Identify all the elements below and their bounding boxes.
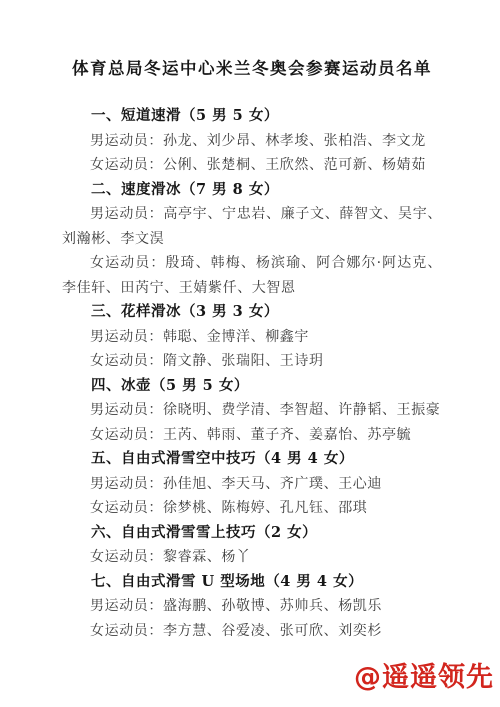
athlete-line-men: 男运动员：孙龙、刘少昂、林孝埈、张柏浩、李文龙 — [62, 129, 442, 154]
athlete-line-women: 女运动员：徐梦桃、陈梅婷、孔凡钰、邵琪 — [62, 496, 442, 521]
section-heading: 四、冰壶（5 男 5 女） — [62, 374, 442, 399]
athlete-line-women: 女运动员：殷琦、韩梅、杨滨瑜、阿合娜尔·阿达克、李佳轩、田芮宁、王婧紫仟、大智恩 — [62, 251, 442, 300]
section-heading: 七、自由式滑雪 U 型场地（4 男 4 女） — [62, 570, 442, 595]
athlete-line-women: 女运动员：公俐、张楚桐、王欣然、范可新、杨婧茹 — [62, 153, 442, 178]
athlete-line-women: 女运动员：黎睿霖、杨丫 — [62, 545, 442, 570]
athlete-line-men: 男运动员：孙佳旭、李天马、齐广璞、王心迪 — [62, 472, 442, 497]
section-heading: 三、花样滑冰（3 男 3 女） — [62, 300, 442, 325]
document-page: 体育总局冬运中心米兰冬奥会参赛运动员名单 一、短道速滑（5 男 5 女） 男运动… — [0, 0, 500, 707]
watermark-badge: @遥遥领先 — [354, 655, 494, 694]
section-heading: 一、短道速滑（5 男 5 女） — [62, 104, 442, 129]
section-figure-skating: 三、花样滑冰（3 男 3 女） 男运动员：韩聪、金博洋、柳鑫宇 女运动员：隋文静… — [62, 300, 442, 374]
document-title: 体育总局冬运中心米兰冬奥会参赛运动员名单 — [62, 56, 442, 82]
section-speed-skating: 二、速度滑冰（7 男 8 女） 男运动员：高亭宇、宁忠岩、廉子文、薛智文、吴宇、… — [62, 178, 442, 301]
athlete-line-women: 女运动员：隋文静、张瑞阳、王诗玥 — [62, 349, 442, 374]
athlete-line-men: 男运动员：韩聪、金博洋、柳鑫宇 — [62, 325, 442, 350]
athlete-line-men: 男运动员：徐晓明、费学清、李智超、许静韬、王振豪 — [62, 398, 442, 423]
section-curling: 四、冰壶（5 男 5 女） 男运动员：徐晓明、费学清、李智超、许静韬、王振豪 女… — [62, 374, 442, 448]
athlete-line-women: 女运动员：李方慧、谷爱凌、张可欣、刘奕杉 — [62, 619, 442, 644]
athlete-line-men: 男运动员：盛海鹏、孙敬博、苏帅兵、杨凯乐 — [62, 594, 442, 619]
section-short-track: 一、短道速滑（5 男 5 女） 男运动员：孙龙、刘少昂、林孝埈、张柏浩、李文龙 … — [62, 104, 442, 178]
athlete-line-women: 女运动员：王芮、韩雨、董子齐、姜嘉怡、苏亭毓 — [62, 423, 442, 448]
athlete-line-men: 男运动员：高亭宇、宁忠岩、廉子文、薛智文、吴宇、刘瀚彬、李文淏 — [62, 202, 442, 251]
section-heading: 五、自由式滑雪空中技巧（4 男 4 女） — [62, 447, 442, 472]
section-halfpipe: 七、自由式滑雪 U 型场地（4 男 4 女） 男运动员：盛海鹏、孙敬博、苏帅兵、… — [62, 570, 442, 644]
section-heading: 二、速度滑冰（7 男 8 女） — [62, 178, 442, 203]
section-heading: 六、自由式滑雪雪上技巧（2 女） — [62, 521, 442, 546]
section-aerials: 五、自由式滑雪空中技巧（4 男 4 女） 男运动员：孙佳旭、李天马、齐广璞、王心… — [62, 447, 442, 521]
section-moguls: 六、自由式滑雪雪上技巧（2 女） 女运动员：黎睿霖、杨丫 — [62, 521, 442, 570]
